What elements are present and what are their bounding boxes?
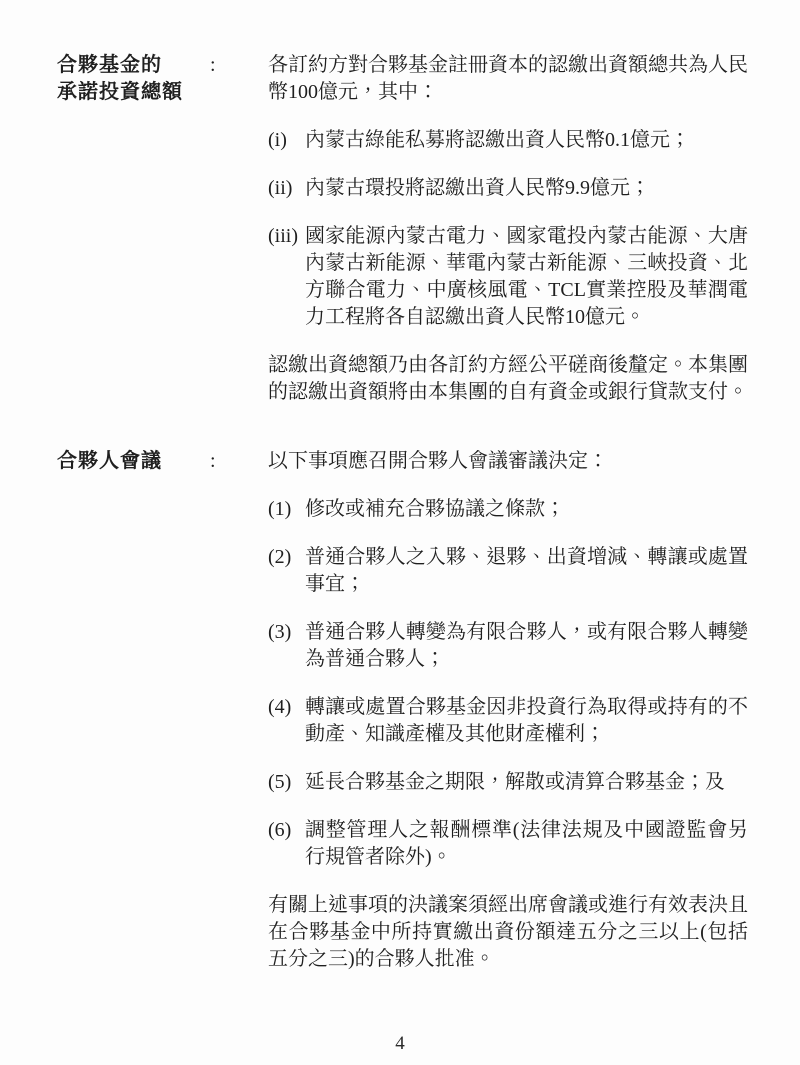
section-partners-meeting: 合夥人會議 : 以下事項應召開合夥人會議審議決定： (1) 修改或補充合夥協議之… <box>57 448 748 994</box>
item-text: 內蒙古環投將認繳出資人民幣9.9億元； <box>305 175 748 202</box>
item-text: 內蒙古綠能私募將認繳出資人民幣0.1億元； <box>305 127 748 154</box>
item-marker: (1) <box>268 496 305 523</box>
section-label-line: 合夥人會議 <box>57 448 210 475</box>
item-text: 普通合夥人轉變為有限合夥人，或有限合夥人轉變為普通合夥人； <box>305 619 748 673</box>
item-text: 普通合夥人之入夥、退夥、出資增減、轉讓或處置事宜； <box>305 544 748 598</box>
page-footer: 4 <box>0 1030 800 1057</box>
document-page: 合夥基金的 承諾投資總額 : 各訂約方對合夥基金註冊資本的認繳出資額總共為人民幣… <box>0 0 800 1065</box>
item-marker: (5) <box>268 769 305 796</box>
item-text: 修改或補充合夥協議之條款； <box>305 496 748 523</box>
closing-paragraph: 有關上述事項的決議案須經出席會議或進行有效表決且在合夥基金中所持實繳出資份額達五… <box>268 892 748 973</box>
item-text: 延長合夥基金之期限，解散或清算合夥基金；及 <box>305 769 748 796</box>
list-item: (1) 修改或補充合夥協議之條款； <box>268 496 748 523</box>
item-marker: (2) <box>268 544 305 571</box>
section-label: 合夥人會議 <box>57 448 210 475</box>
item-text: 國家能源內蒙古電力、國家電投內蒙古能源、大唐內蒙古新能源、華電內蒙古新能源、三峽… <box>305 223 748 331</box>
item-marker: (6) <box>268 817 305 844</box>
list-item: (3) 普通合夥人轉變為有限合夥人，或有限合夥人轉變為普通合夥人； <box>268 619 748 673</box>
list-item: (6) 調整管理人之報酬標準(法律法規及中國證監會另行規管者除外)。 <box>268 817 748 871</box>
closing-paragraph: 認繳出資總額乃由各訂約方經公平磋商後釐定。本集團的認繳出資額將由本集團的自有資金… <box>268 352 748 406</box>
arabic-numbered-list: (1) 修改或補充合夥協議之條款； (2) 普通合夥人之入夥、退夥、出資增減、轉… <box>268 496 748 871</box>
label-colon: : <box>210 52 268 79</box>
list-item: (ii) 內蒙古環投將認繳出資人民幣9.9億元； <box>268 175 748 202</box>
label-colon: : <box>210 448 268 475</box>
page-number: 4 <box>395 1033 405 1054</box>
item-marker: (ii) <box>268 175 305 202</box>
section-fund-committed-investment: 合夥基金的 承諾投資總額 : 各訂約方對合夥基金註冊資本的認繳出資額總共為人民幣… <box>57 52 748 427</box>
intro-paragraph: 各訂約方對合夥基金註冊資本的認繳出資額總共為人民幣100億元，其中： <box>268 52 748 106</box>
section-content: 以下事項應召開合夥人會議審議決定： (1) 修改或補充合夥協議之條款； (2) … <box>268 448 748 994</box>
section-label-line: 承諾投資總額 <box>57 79 210 106</box>
item-marker: (4) <box>268 694 305 721</box>
item-marker: (3) <box>268 619 305 646</box>
list-item: (4) 轉讓或處置合夥基金因非投資行為取得或持有的不動產、知識產權及其他財產權利… <box>268 694 748 748</box>
roman-numbered-list: (i) 內蒙古綠能私募將認繳出資人民幣0.1億元； (ii) 內蒙古環投將認繳出… <box>268 127 748 331</box>
intro-paragraph: 以下事項應召開合夥人會議審議決定： <box>268 448 748 475</box>
list-item: (5) 延長合夥基金之期限，解散或清算合夥基金；及 <box>268 769 748 796</box>
list-item: (i) 內蒙古綠能私募將認繳出資人民幣0.1億元； <box>268 127 748 154</box>
item-text: 調整管理人之報酬標準(法律法規及中國證監會另行規管者除外)。 <box>305 817 748 871</box>
item-marker: (iii) <box>268 223 305 250</box>
item-text: 轉讓或處置合夥基金因非投資行為取得或持有的不動產、知識產權及其他財產權利； <box>305 694 748 748</box>
list-item: (iii) 國家能源內蒙古電力、國家電投內蒙古能源、大唐內蒙古新能源、華電內蒙古… <box>268 223 748 331</box>
section-label-line: 合夥基金的 <box>57 52 210 79</box>
section-label: 合夥基金的 承諾投資總額 <box>57 52 210 106</box>
list-item: (2) 普通合夥人之入夥、退夥、出資增減、轉讓或處置事宜； <box>268 544 748 598</box>
item-marker: (i) <box>268 127 305 154</box>
section-content: 各訂約方對合夥基金註冊資本的認繳出資額總共為人民幣100億元，其中： (i) 內… <box>268 52 748 427</box>
